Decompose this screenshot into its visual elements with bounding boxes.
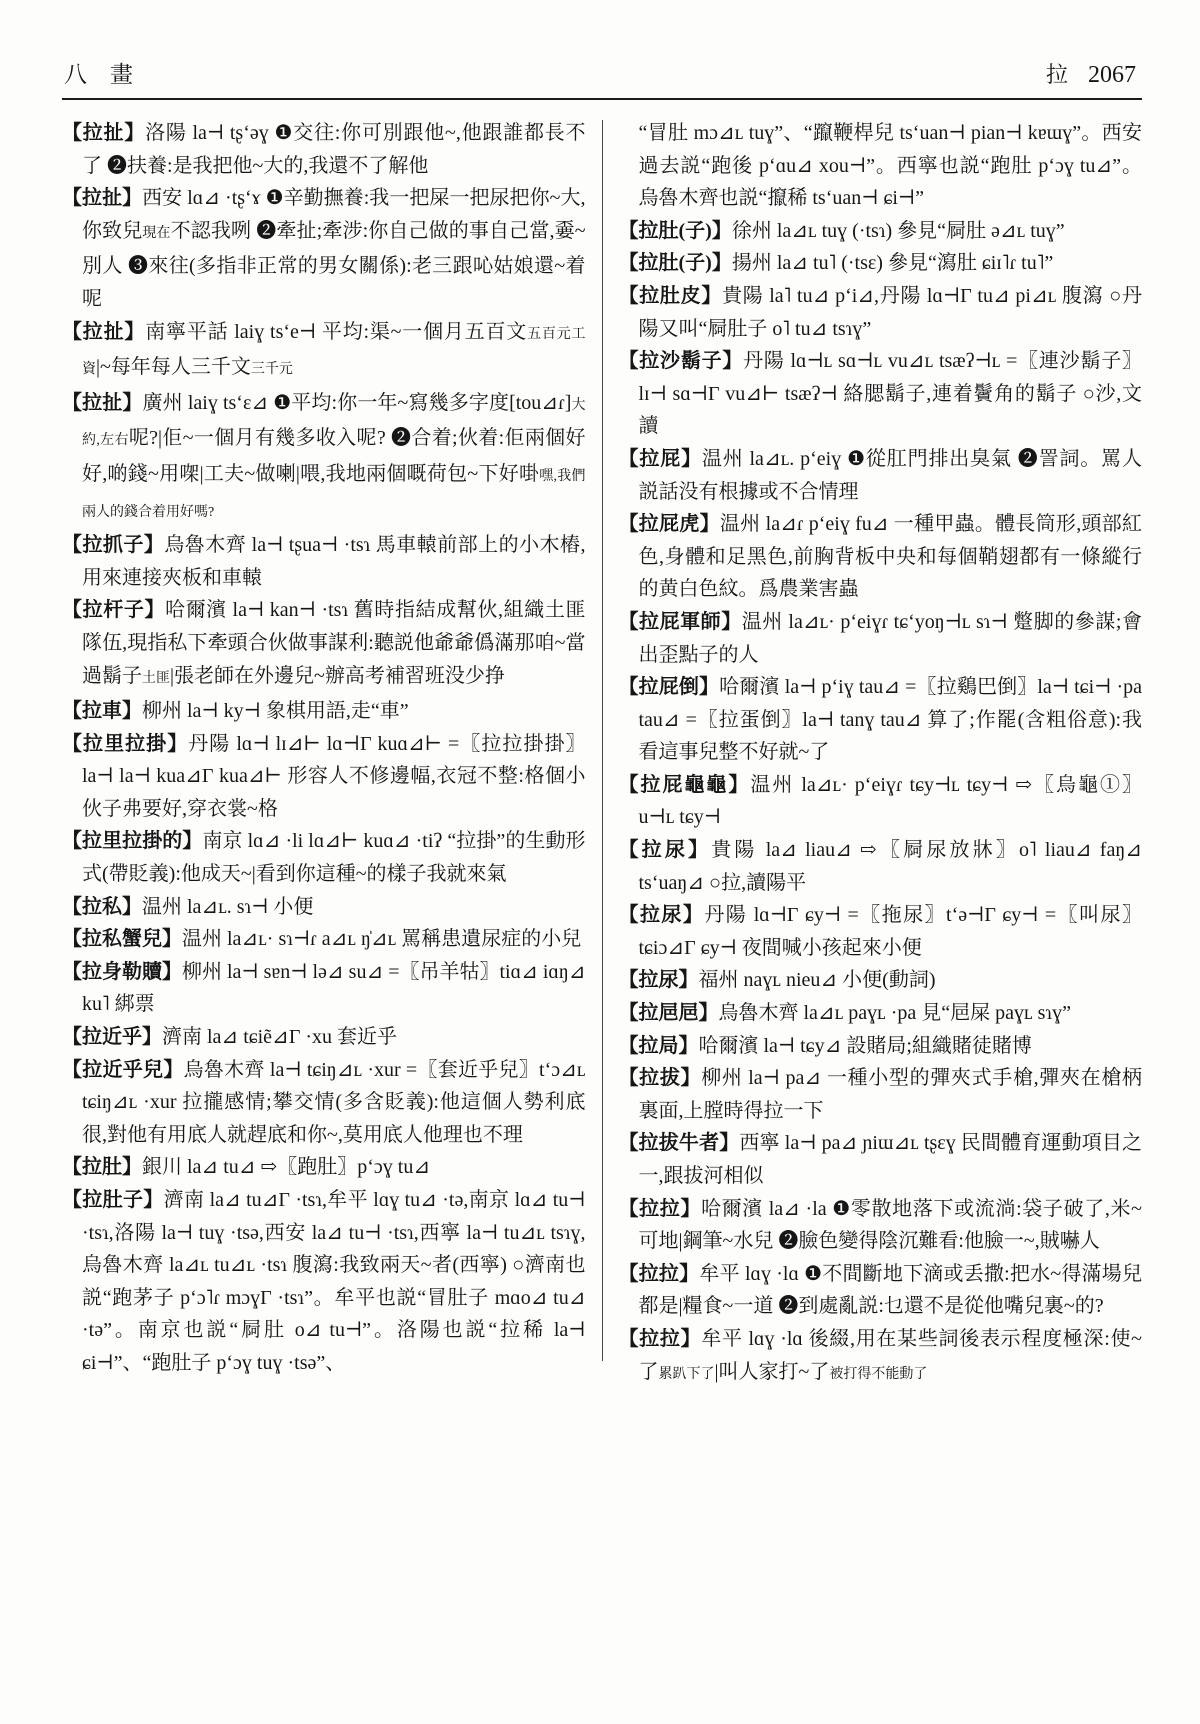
- entry-text: 貴陽 la⊿ liau⊿ ⇨〖屙尿放牀〗o˥ liau⊿ faŋ⊿ tsʻuaŋ…: [639, 839, 1143, 894]
- entry-headword: 【拉私蟹兒】: [62, 928, 182, 950]
- entry-headword: 【拉屁】: [619, 448, 702, 470]
- dictionary-entry: 【拉肚(子)】徐州 la⊿ʟ tuɣ (·tsɿ) 參見“屙肚 ə⊿ʟ tuɣ”: [619, 215, 1143, 248]
- entry-headword: 【拉屁軍師】: [619, 611, 742, 633]
- dictionary-entry: 【拉屁龜龜】温州 la⊿ʟ· pʻeiɣɾ tɕy⊣ʟ tɕy⊣ ⇨〖烏龜①〗u…: [619, 769, 1143, 834]
- dictionary-entry: 【拉拔】柳州 la⊣ pa⊿ 一種小型的彈夾式手槍,彈夾在槍柄裏面,上膛時得拉一…: [619, 1062, 1143, 1127]
- gloss-small-text: 被打得不能動了: [829, 1367, 927, 1382]
- left-column: 【拉扯】洛陽 la⊣ tʂʻəɣ ❶交往:你可別跟他~,他跟誰都長不了 ❷扶養:…: [62, 117, 586, 1391]
- entry-text: 柳州 la⊣ ky⊣ 象棋用語,走“車”: [142, 700, 409, 722]
- entry-headword: 【拉㞎㞎】: [619, 1002, 719, 1024]
- entry-headword: 【拉屁龜龜】: [619, 774, 751, 796]
- running-head-character: 拉: [1046, 62, 1068, 87]
- dictionary-entry: 【拉拉】牟平 lɑɣ ·lɑ ❶不間斷地下滴或丢撒:把水~得滿場兒都是|糧食~一…: [619, 1258, 1143, 1323]
- gloss-small-text: 土匪: [142, 671, 170, 686]
- entry-headword: 【拉里拉掛】: [62, 733, 188, 755]
- entry-headword: 【拉拉】: [619, 1328, 702, 1350]
- entry-headword: 【拉扯】: [62, 392, 142, 414]
- entry-text: |張老師在外邊兒~辦高考補習班没少挣: [170, 665, 505, 687]
- dictionary-entry: 【拉扯】洛陽 la⊣ tʂʻəɣ ❶交往:你可別跟他~,他跟誰都長不了 ❷扶養:…: [62, 117, 586, 182]
- entry-headword: 【拉杆子】: [62, 599, 165, 621]
- entry-text: 烏魯木齊 la⊿ʟ paɣʟ ·pa 見“㞎屎 paɣʟ sɿɣ”: [719, 1002, 1071, 1024]
- entry-text: 温州 la⊿ʟ. pʻeiɣ ❶從肛門排出臭氣 ❷詈詞。罵人説話没有根據或不合情…: [639, 448, 1143, 503]
- entry-headword: 【拉近乎】: [62, 1026, 162, 1048]
- entry-text: 福州 naɣʟ nieu⊿ 小便(動詞): [699, 969, 936, 991]
- gloss-small-text: 現在: [142, 226, 170, 241]
- header-rule: [62, 98, 1142, 100]
- entry-text: |叫人家打~了: [715, 1361, 830, 1383]
- gloss-small-text: 累趴下了: [659, 1367, 715, 1382]
- column-divider: [602, 120, 603, 1361]
- entry-text: 濟南 la⊿ tu⊿Γ ·tsɿ,牟平 lɑɣ tu⊿ ·tə,南京 lɑ⊿ t…: [82, 1189, 586, 1374]
- entry-text: 丹陽 lɑ⊣Γ ɕy⊣ =〖拖尿〗tʻə⊣Γ ɕy⊣ =〖叫尿〗tɕiɔ⊿Γ ɕ…: [639, 904, 1143, 959]
- entry-headword: 【拉近乎兒】: [62, 1059, 184, 1081]
- text-columns: 【拉扯】洛陽 la⊣ tʂʻəɣ ❶交往:你可別跟他~,他跟誰都長不了 ❷扶養:…: [62, 117, 1142, 1391]
- entry-headword: 【拉拉】: [619, 1263, 700, 1285]
- gloss-small-text: 三千元: [251, 362, 293, 377]
- entry-headword: 【拉沙鬍子】: [619, 350, 744, 372]
- entry-text: 銀川 la⊿ tu⊿ ⇨〖跑肚〗pʻɔɣ tu⊿: [142, 1156, 430, 1178]
- dictionary-entry: 【拉近乎】濟南 la⊿ tɕiẽ⊿Γ ·xu 套近乎: [62, 1021, 586, 1054]
- dictionary-entry: 【拉扯】廣州 laiɣ tsʻɛ⊿ ❶平均:你一年~寫幾多字度[tou⊿ɾ]大約…: [62, 387, 586, 529]
- entry-text: 哈爾濱 la⊣ tɕy⊿ 設賭局;組織賭徒賭博: [699, 1035, 1032, 1057]
- dictionary-entry: 【拉里拉掛的】南京 lɑ⊿ ·li lɑ⊿⊢ kuɑ⊿ ·tiʔ “拉掛”的生動…: [62, 825, 586, 890]
- entry-headword: 【拉身勒贖】: [62, 961, 182, 983]
- entry-headword: 【拉屁倒】: [619, 676, 720, 698]
- dictionary-entry: 【拉車】柳州 la⊣ ky⊣ 象棋用語,走“車”: [62, 695, 586, 728]
- dictionary-entry: 【拉尿】貴陽 la⊿ liau⊿ ⇨〖屙尿放牀〗o˥ liau⊿ faŋ⊿ ts…: [619, 834, 1143, 899]
- dictionary-entry: 【拉杆子】哈爾濱 la⊣ kan⊣ ·tsɿ 舊時指結成幫伙,組織土匪隊伍,現指…: [62, 594, 586, 695]
- entry-headword: 【拉扯】: [62, 122, 145, 144]
- entry-text: 徐州 la⊿ʟ tuɣ (·tsɿ) 參見“屙肚 ə⊿ʟ tuɣ”: [732, 220, 1065, 242]
- entry-headword: 【拉拉】: [619, 1198, 702, 1220]
- stroke-count-section: 八 畫: [64, 56, 133, 89]
- entry-text: 揚州 la⊿ tu˥ (·tsɛ) 參見“瀉肚 ɕiɪ˥ɾ tu˥”: [732, 252, 1053, 274]
- entry-headword: 【拉扯】: [62, 187, 142, 209]
- entry-text: 呢?|佢~一個月有幾多收入呢? ❷合着;伙着:佢兩個好好,啲錢~用㗎|工夫~做喇…: [82, 427, 586, 485]
- entry-headword: 【拉肚】: [62, 1156, 142, 1178]
- entry-headword: 【拉尿】: [619, 969, 699, 991]
- dictionary-entry: 【拉屁倒】哈爾濱 la⊣ pʻiɣ tau⊿ =〖拉鷄巴倒〗la⊣ tɕi⊣ ·…: [619, 671, 1143, 769]
- dictionary-entry: 【拉里拉掛】丹陽 lɑ⊣ lɪ⊿⊢ lɑ⊣Γ kuɑ⊿⊢ =〖拉拉掛掛〗la⊣ …: [62, 728, 586, 826]
- dictionary-entry: 【拉拉】哈爾濱 la⊿ ·la ❶零散地落下或流淌:袋子破了,米~可地|鋼筆~水…: [619, 1193, 1143, 1258]
- dictionary-entry: 【拉屁虎】温州 la⊿ɾ pʻeiɣ fu⊿ 一種甲蟲。體長筒形,頭部紅色,身體…: [619, 508, 1143, 606]
- dictionary-entry: 【拉屁軍師】温州 la⊿ʟ· pʻeiɣɾ tɕʻyoŋ⊣ʟ sɿ⊣ 蹩脚的參謀…: [619, 606, 1143, 671]
- entry-text: 温州 la⊿ʟ· sɿ⊣ɾ a⊿ʟ ŋ̍⊿ʟ 罵稱患遺尿症的小兒: [182, 928, 581, 950]
- entry-headword: 【拉肚皮】: [619, 285, 723, 307]
- dictionary-entry: 【拉肚】銀川 la⊿ tu⊿ ⇨〖跑肚〗pʻɔɣ tu⊿: [62, 1151, 586, 1184]
- entry-headword: 【拉拔】: [619, 1067, 702, 1089]
- dictionary-entry: 【拉私蟹兒】温州 la⊿ʟ· sɿ⊣ɾ a⊿ʟ ŋ̍⊿ʟ 罵稱患遺尿症的小兒: [62, 923, 586, 956]
- page-header: 八 畫 拉2067: [62, 56, 1142, 89]
- running-head: 拉2067: [1046, 58, 1136, 89]
- dictionary-entry: 【拉肚皮】貴陽 la˥ tu⊿ pʻi⊿,丹陽 lɑ⊣Γ tu⊿ pi⊿ʟ 腹瀉…: [619, 280, 1143, 345]
- entry-headword: 【拉私】: [62, 896, 142, 918]
- dictionary-entry: 【拉局】哈爾濱 la⊣ tɕy⊿ 設賭局;組織賭徒賭博: [619, 1030, 1143, 1063]
- entry-text: 廣州 laiɣ tsʻɛ⊿ ❶平均:你一年~寫幾多字度[tou⊿ɾ]: [142, 392, 571, 414]
- dictionary-entry: 【拉沙鬍子】丹陽 lɑ⊣ʟ sɑ⊣ʟ vu⊿ʟ tsæʔ⊣ʟ =〖連沙鬍子〗lɪ…: [619, 345, 1143, 443]
- dictionary-page: 八 畫 拉2067 【拉扯】洛陽 la⊣ tʂʻəɣ ❶交往:你可別跟他~,他跟…: [0, 0, 1200, 1724]
- entry-headword: 【拉尿】: [619, 904, 705, 926]
- dictionary-entry: 【拉抓子】烏魯木齊 la⊣ tʂua⊣ ·tsɿ 馬車轅前部上的小木樁,用來連接…: [62, 529, 586, 594]
- dictionary-entry: 【拉扯】南寧平話 laiɣ tsʻe⊣ 平均:渠~一個月五百文五百元工資|~每年…: [62, 316, 586, 387]
- entry-headword: 【拉抓子】: [62, 534, 164, 556]
- dictionary-entry: 【拉尿】丹陽 lɑ⊣Γ ɕy⊣ =〖拖尿〗tʻə⊣Γ ɕy⊣ =〖叫尿〗tɕiɔ…: [619, 899, 1143, 964]
- entry-text: 南寧平話 laiɣ tsʻe⊣ 平均:渠~一個月五百文: [145, 321, 527, 343]
- entry-headword: 【拉車】: [62, 700, 142, 722]
- dictionary-entry: 【拉身勒贖】柳州 la⊣ sɐn⊣ lə⊿ su⊿ =〖吊羊牯〗tiɑ⊿ iɑŋ…: [62, 956, 586, 1021]
- entry-text: |~每年每人三千文: [96, 356, 251, 378]
- dictionary-entry: 【拉肚子】濟南 la⊿ tu⊿Γ ·tsɿ,牟平 lɑɣ tu⊿ ·tə,南京 …: [62, 1184, 586, 1380]
- entry-continuation: “冒肚 mɔ⊿ʟ tuɣ”、“躥鞭桿兒 tsʻuan⊣ pian⊣ kɐɯɣ”。…: [619, 117, 1143, 215]
- entry-text: 牟平 lɑɣ ·lɑ ❶不間斷地下滴或丢撒:把水~得滿場兒都是|糧食~一道 ❷到…: [639, 1263, 1143, 1318]
- dictionary-entry: 【拉㞎㞎】烏魯木齊 la⊿ʟ paɣʟ ·pa 見“㞎屎 paɣʟ sɿɣ”: [619, 997, 1143, 1030]
- entry-text: 洛陽 la⊣ tʂʻəɣ ❶交往:你可別跟他~,他跟誰都長不了 ❷扶養:是我把他…: [82, 122, 586, 177]
- dictionary-entry: 【拉近乎兒】烏魯木齊 la⊣ tɕiŋ⊿ʟ ·xur =〖套近乎兒〗tʻɔ⊿ʟ …: [62, 1054, 586, 1152]
- entry-headword: 【拉尿】: [619, 839, 712, 861]
- entry-text: “冒肚 mɔ⊿ʟ tuɣ”、“躥鞭桿兒 tsʻuan⊣ pian⊣ kɐɯɣ”。…: [639, 122, 1143, 209]
- entry-headword: 【拉扯】: [62, 321, 145, 343]
- entry-headword: 【拉肚(子)】: [619, 220, 732, 242]
- entry-text: 温州 la⊿ʟ. sɿ⊣ 小便: [142, 896, 313, 918]
- right-column: “冒肚 mɔ⊿ʟ tuɣ”、“躥鞭桿兒 tsʻuan⊣ pian⊣ kɐɯɣ”。…: [619, 117, 1143, 1391]
- entry-text: 哈爾濱 la⊿ ·la ❶零散地落下或流淌:袋子破了,米~可地|鋼筆~水兒 ❷臉…: [639, 1198, 1143, 1253]
- entry-headword: 【拉肚(子)】: [619, 252, 732, 274]
- entry-headword: 【拉屁虎】: [619, 513, 720, 535]
- dictionary-entry: 【拉拉】牟平 lɑɣ ·lɑ 後綴,用在某些詞後表示程度極深:使~了累趴下了|叫…: [619, 1323, 1143, 1391]
- entry-text: 柳州 la⊣ pa⊿ 一種小型的彈夾式手槍,彈夾在槍柄裏面,上膛時得拉一下: [639, 1067, 1143, 1122]
- dictionary-entry: 【拉私】温州 la⊿ʟ. sɿ⊣ 小便: [62, 891, 586, 924]
- dictionary-entry: 【拉肚(子)】揚州 la⊿ tu˥ (·tsɛ) 參見“瀉肚 ɕiɪ˥ɾ tu˥…: [619, 247, 1143, 280]
- entry-headword: 【拉里拉掛的】: [62, 830, 202, 852]
- dictionary-entry: 【拉尿】福州 naɣʟ nieu⊿ 小便(動詞): [619, 964, 1143, 997]
- page-number: 2067: [1088, 62, 1136, 88]
- entry-text: 濟南 la⊿ tɕiẽ⊿Γ ·xu 套近乎: [162, 1026, 397, 1048]
- entry-headword: 【拉拔牛者】: [619, 1132, 740, 1154]
- entry-headword: 【拉局】: [619, 1035, 699, 1057]
- dictionary-entry: 【拉拔牛者】西寧 la⊣ pa⊿ ɲiɯ⊿ʟ tʂɛɣ 民間體育運動項目之一,跟…: [619, 1127, 1143, 1192]
- dictionary-entry: 【拉屁】温州 la⊿ʟ. pʻeiɣ ❶從肛門排出臭氣 ❷詈詞。罵人説話没有根據…: [619, 443, 1143, 508]
- entry-headword: 【拉肚子】: [62, 1189, 164, 1211]
- dictionary-entry: 【拉扯】西安 lɑ⊿ ·tʂʻɤ ❶辛勤撫養:我一把屎一把尿把你~大,你致兒現在…: [62, 182, 586, 315]
